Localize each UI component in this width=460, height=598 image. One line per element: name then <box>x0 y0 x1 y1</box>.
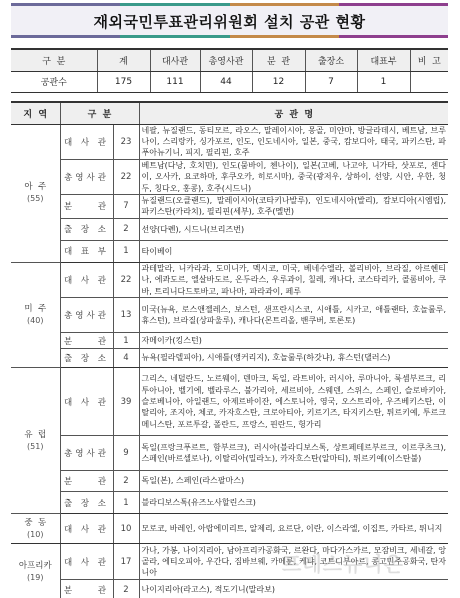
names-cell: 자메이카(킹스턴) <box>139 333 448 349</box>
table-row: 출 장 소 4 뉴욕(필라델피아), 시애틀(앵커리지), 호놀룰루(하갓냐),… <box>11 349 448 368</box>
count-cell: 1 <box>113 492 139 514</box>
table-row: 대 표 부 1 타이베이 <box>11 240 448 262</box>
header-type: 구 분 <box>60 102 139 124</box>
names-cell: 미국(뉴욕, 로스앤젤레스, 보스턴, 샌프란시스코, 시애틀, 시카고, 애틀… <box>139 298 448 333</box>
page-title: 재외국민투표관리위원회 설치 공관 현황 <box>11 11 448 32</box>
summary-header-category: 구 분 <box>11 49 97 71</box>
region-total: (10) <box>11 529 60 541</box>
region-name: 중 동 <box>24 518 46 528</box>
summary-cell-office: 7 <box>305 71 357 92</box>
type-cell: 총영사관 <box>60 159 113 194</box>
summary-cell-mission: 1 <box>357 71 410 92</box>
bar-segment-tan <box>230 3 339 6</box>
bar-segment-magenta <box>339 35 448 38</box>
type-cell: 출 장 소 <box>60 492 113 514</box>
count-cell: 4 <box>113 349 139 368</box>
type-cell: 분 관 <box>60 194 113 218</box>
count-cell: 2 <box>113 218 139 240</box>
summary-cell-consulate: 44 <box>200 71 252 92</box>
table-row: 유 럽 (51) 대 사 관 39 그리스, 네덜란드, 노르웨이, 덴마크, … <box>11 368 448 436</box>
table-row: 미 주 (40) 대 사 관 22 과테말라, 니카라과, 도미니카, 멕시코,… <box>11 262 448 297</box>
table-row: 분 관 1 자메이카(킹스턴) <box>11 333 448 349</box>
bar-segment-tan <box>230 35 339 38</box>
summary-header-embassy: 대사관 <box>150 49 200 71</box>
region-cell-asia: 아 주 (55) <box>11 124 60 262</box>
type-cell: 대 사 관 <box>60 544 113 580</box>
count-cell: 39 <box>113 368 139 436</box>
summary-header-office: 출장소 <box>305 49 357 71</box>
summary-table: 구 분 계 대사관 총영사관 분 관 출장소 대표부 비 고 공관수 175 1… <box>11 48 448 93</box>
main-header-row: 지 역 구 분 공 관 명 <box>11 102 448 124</box>
bar-segment-magenta <box>339 3 448 6</box>
title-top-bar <box>11 3 448 6</box>
names-cell: 모로코, 바레인, 아랍에미리트, 알제리, 요르단, 이란, 이스라엘, 이집… <box>139 514 448 544</box>
names-cell: 타이베이 <box>139 240 448 262</box>
summary-cell-branch: 12 <box>252 71 305 92</box>
type-cell: 출 장 소 <box>60 349 113 368</box>
region-name: 유 럽 <box>24 430 46 440</box>
bar-segment-purple <box>11 35 120 38</box>
names-cell: 네팔, 뉴질랜드, 동티모르, 라오스, 말레이시아, 몽골, 미얀마, 방글라… <box>139 124 448 159</box>
type-cell: 대 사 관 <box>60 262 113 297</box>
names-cell: 선양(다롄), 시드니(브리즈번) <box>139 218 448 240</box>
summary-data-row: 공관수 175 111 44 12 7 1 <box>11 71 448 92</box>
type-cell: 총영사관 <box>60 436 113 471</box>
summary-cell-label: 공관수 <box>11 71 97 92</box>
summary-header-row: 구 분 계 대사관 총영사관 분 관 출장소 대표부 비 고 <box>11 49 448 71</box>
header-region: 지 역 <box>11 102 60 124</box>
names-cell: 베트남(다낭, 호치민), 인도(뭄바이, 첸나이), 일본(고베, 나고야, … <box>139 159 448 194</box>
type-cell: 대 사 관 <box>60 368 113 436</box>
names-cell: 독일(본), 스페인(라스팔마스) <box>139 471 448 492</box>
region-name: 미 주 <box>24 304 46 314</box>
region-name: 아프리카 <box>19 561 52 571</box>
region-cell-middle-east: 중 동 (10) <box>11 514 60 544</box>
count-cell: 10 <box>113 514 139 544</box>
table-row: 중 동 (10) 대 사 관 10 모로코, 바레인, 아랍에미리트, 알제리,… <box>11 514 448 544</box>
count-cell: 7 <box>113 194 139 218</box>
table-row: 출 장 소 2 선양(다롄), 시드니(브리즈번) <box>11 218 448 240</box>
summary-header-total: 계 <box>97 49 150 71</box>
type-cell: 대 사 관 <box>60 124 113 159</box>
type-cell: 대 사 관 <box>60 514 113 544</box>
type-cell: 분 관 <box>60 333 113 349</box>
bar-segment-purple <box>11 3 120 6</box>
names-cell: 블라디보스톡(유즈노사할린스크) <box>139 492 448 514</box>
table-row: 분 관 2 독일(본), 스페인(라스팔마스) <box>11 471 448 492</box>
names-cell: 독일(프랑크푸르트, 함부르크), 러시아(블라디보스톡, 상트페테르부르크, … <box>139 436 448 471</box>
type-cell: 총영사관 <box>60 298 113 333</box>
type-cell: 출 장 소 <box>60 218 113 240</box>
table-row: 아 주 (55) 대 사 관 23 네팔, 뉴질랜드, 동티모르, 라오스, 말… <box>11 124 448 159</box>
table-row: 총영사관 22 베트남(다낭, 호치민), 인도(뭄바이, 첸나이), 일본(고… <box>11 159 448 194</box>
summary-cell-total: 175 <box>97 71 150 92</box>
region-cell-americas: 미 주 (40) <box>11 262 60 367</box>
title-bottom-bar <box>11 35 448 38</box>
count-cell: 22 <box>113 159 139 194</box>
type-cell: 분 관 <box>60 580 113 598</box>
summary-cell-embassy: 111 <box>150 71 200 92</box>
type-cell: 대 표 부 <box>60 240 113 262</box>
summary-header-consulate: 총영사관 <box>200 49 252 71</box>
type-cell: 분 관 <box>60 471 113 492</box>
count-cell: 17 <box>113 544 139 580</box>
summary-header-branch: 분 관 <box>252 49 305 71</box>
watermark-logo: 프레스뉴니온 <box>282 548 404 577</box>
count-cell: 13 <box>113 298 139 333</box>
table-row: 총영사관 13 미국(뉴욕, 로스앤젤레스, 보스턴, 샌프란시스코, 시애틀,… <box>11 298 448 333</box>
header-names: 공 관 명 <box>139 102 448 124</box>
count-cell: 1 <box>113 333 139 349</box>
missions-table: 지 역 구 분 공 관 명 아 주 (55) 대 사 관 23 네팔, 뉴질랜드… <box>11 101 448 598</box>
table-row: 출 장 소 1 블라디보스톡(유즈노사할린스크) <box>11 492 448 514</box>
count-cell: 1 <box>113 240 139 262</box>
region-total: (19) <box>11 572 60 584</box>
region-name: 아 주 <box>24 182 46 192</box>
region-total: (40) <box>11 315 60 327</box>
bar-segment-teal <box>120 35 229 38</box>
region-total: (55) <box>11 193 60 205</box>
count-cell: 2 <box>113 471 139 492</box>
region-cell-africa: 아프리카 (19) <box>11 544 60 598</box>
summary-header-remarks: 비 고 <box>410 49 448 71</box>
region-total: (51) <box>11 441 60 453</box>
table-row: 총영사관 9 독일(프랑크푸르트, 함부르크), 러시아(블라디보스톡, 상트페… <box>11 436 448 471</box>
summary-header-mission: 대표부 <box>357 49 410 71</box>
count-cell: 22 <box>113 262 139 297</box>
count-cell: 23 <box>113 124 139 159</box>
title-banner: 재외국민투표관리위원회 설치 공관 현황 <box>11 3 448 38</box>
names-cell: 그리스, 네덜란드, 노르웨이, 덴마크, 독일, 라트비아, 러시아, 루마니… <box>139 368 448 436</box>
names-cell: 나이지리아(라고스), 적도기니(말라보) <box>139 580 448 598</box>
table-row: 분 관 2 나이지리아(라고스), 적도기니(말라보) <box>11 580 448 598</box>
names-cell: 뉴욕(필라델피아), 시애틀(앵커리지), 호놀룰루(하갓냐), 휴스턴(댈러스… <box>139 349 448 368</box>
table-row: 분 관 7 뉴질랜드(오클랜드), 말레이시아(코타키나발루), 인도네시아(발… <box>11 194 448 218</box>
region-cell-europe: 유 럽 (51) <box>11 368 60 514</box>
summary-cell-remarks <box>410 71 448 92</box>
count-cell: 2 <box>113 580 139 598</box>
bar-segment-teal <box>120 3 229 6</box>
names-cell: 과테말라, 니카라과, 도미니카, 멕시코, 미국, 베네수엘라, 볼리비아, … <box>139 262 448 297</box>
count-cell: 9 <box>113 436 139 471</box>
names-cell: 뉴질랜드(오클랜드), 말레이시아(코타키나발루), 인도네시아(발리), 캄보… <box>139 194 448 218</box>
